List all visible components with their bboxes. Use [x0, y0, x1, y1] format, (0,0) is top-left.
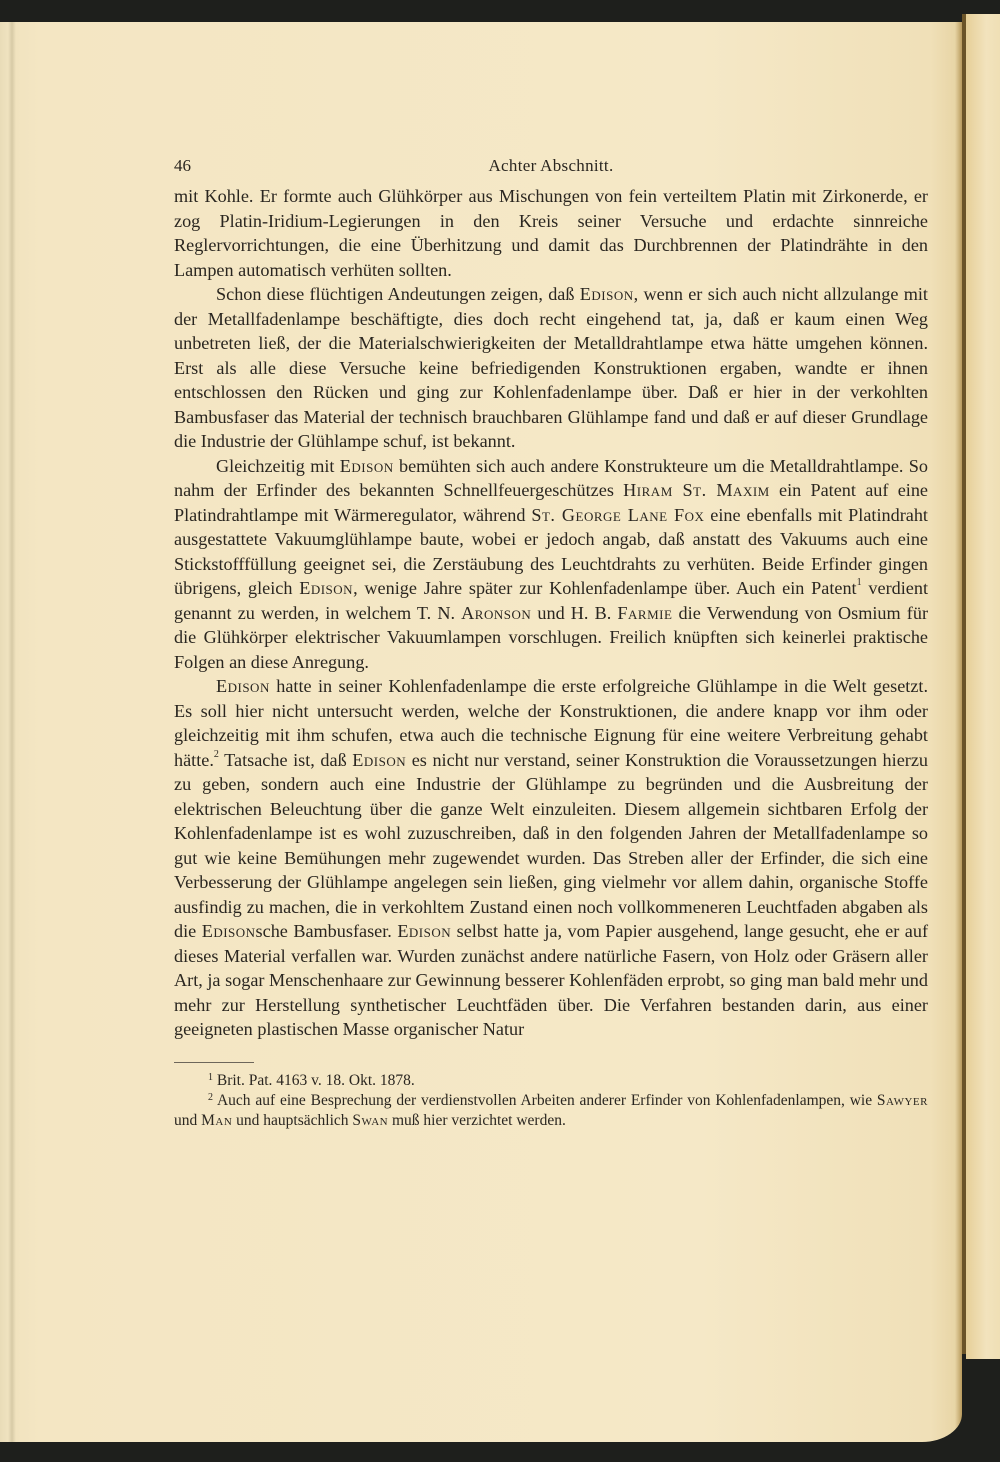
paragraph-1: mit Kohle. Er formte auch Glühkörper aus…: [174, 184, 928, 282]
footnote-1: 1 Brit. Pat. 4163 v. 18. Okt. 1878.: [174, 1071, 928, 1091]
name-swan: Swan: [352, 1112, 388, 1129]
paragraph-2: Schon diese flüchtigen Andeutungen zeige…: [174, 282, 928, 454]
name-lane-fox: St. George Lane Fox: [531, 505, 704, 525]
name-edison: Edison: [299, 578, 353, 598]
footnote-ref-1: 1: [857, 577, 862, 588]
footnote-ref-2: 2: [214, 749, 219, 760]
name-aronson: Aronson: [461, 603, 531, 623]
name-edison: Edison: [202, 921, 256, 941]
running-title: Achter Abschnitt.: [174, 156, 928, 176]
name-edison: Edison: [397, 921, 451, 941]
facing-page-edge: [966, 14, 1000, 1359]
name-farmie: Farmie: [617, 603, 672, 623]
footnotes: 1 Brit. Pat. 4163 v. 18. Okt. 1878. 2 Au…: [174, 1071, 928, 1131]
name-edison: Edison: [352, 750, 406, 770]
name-edison: Edison: [340, 456, 394, 476]
footnote-divider: [174, 1062, 254, 1063]
name-man: Man: [201, 1112, 232, 1129]
name-edison: Edison: [216, 676, 270, 696]
name-sawyer: Sawyer: [877, 1092, 928, 1109]
footnote-2: 2 Auch auf eine Besprechung der verdiens…: [174, 1091, 928, 1131]
page-content: 46 Achter Abschnitt. mit Kohle. Er formt…: [174, 150, 928, 1131]
paragraph-3: Gleichzeitig mit Edison bemühten sich au…: [174, 454, 928, 675]
page-header: 46 Achter Abschnitt.: [174, 150, 928, 184]
name-edison: Edison: [580, 284, 634, 304]
paragraph-4: Edison hatte in seiner Kohlenfadenlampe …: [174, 674, 928, 1042]
body-text: mit Kohle. Er formte auch Glühkörper aus…: [174, 184, 928, 1042]
name-maxim: Hiram St. Maxim: [623, 480, 770, 500]
